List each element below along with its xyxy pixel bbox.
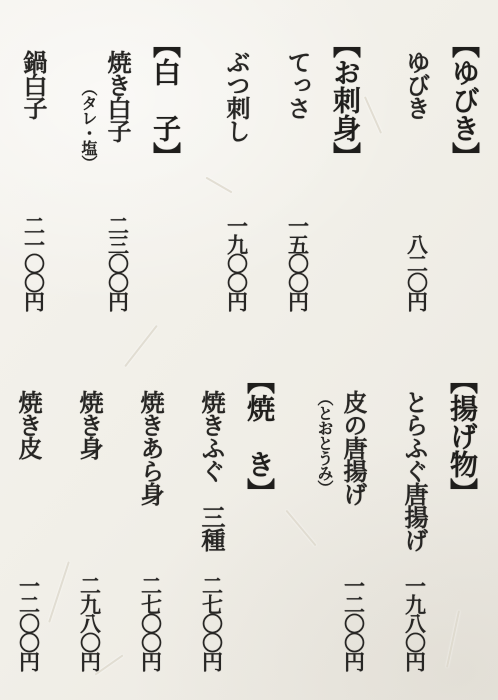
item-price: 二七〇〇円: [136, 575, 166, 672]
item-note: （とおとうみ）: [313, 364, 336, 672]
menu-item: 焼き身二九八〇円: [72, 364, 107, 672]
menu-item-main: ゆびき八二〇円: [399, 28, 434, 312]
menu-item-main: 焼き皮一二〇〇円: [11, 364, 46, 672]
menu-section: 【揚げ物】とらふぐ唐揚げ一九八〇円皮の唐揚げ一二〇〇円（とおとうみ）: [313, 364, 482, 672]
menu-item-main: とらふぐ唐揚げ一九八〇円: [397, 364, 432, 672]
section-header: 【ゆびき】: [444, 28, 484, 312]
section-header: 【白 子】: [145, 28, 185, 312]
section-header-text: 【焼 き】: [243, 366, 276, 506]
menu-item-main: てっさ一五〇〇円: [280, 28, 315, 312]
section-header: 【揚げ物】: [442, 364, 482, 672]
menu-item: ゆびき八二〇円: [399, 28, 434, 312]
menu-item: 焼きふぐ 三種二七〇〇円: [194, 364, 229, 672]
section-header: 【焼 き】: [239, 364, 279, 672]
paper-fiber: [124, 325, 158, 367]
menu-section: 【白 子】焼き白子二三〇〇円（タレ・塩）鍋白子二一〇〇円: [16, 28, 185, 312]
menu-item: 皮の唐揚げ一二〇〇円（とおとうみ）: [313, 364, 371, 672]
item-price: 一二〇〇円: [339, 575, 369, 672]
item-name: 皮の唐揚げ: [336, 390, 371, 505]
menu-item-main: 皮の唐揚げ一二〇〇円: [336, 364, 371, 672]
item-name: 焼きあら身: [133, 390, 168, 505]
item-price: 二三〇〇円: [103, 215, 133, 312]
menu-section: 【お刺身】てっさ一五〇〇円ぶつ刺し一九〇〇円: [219, 28, 365, 312]
section-header-text: 【お刺身】: [329, 30, 362, 170]
menu-item-main: 焼き身二九八〇円: [72, 364, 107, 672]
section-header: 【お刺身】: [325, 28, 365, 312]
menu-item: 鍋白子二一〇〇円: [16, 28, 51, 312]
menu-top-band: 【ゆびき】ゆびき八二〇円【お刺身】てっさ一五〇〇円ぶつ刺し一九〇〇円【白 子】焼…: [16, 28, 484, 312]
item-name: ぶつ刺し: [219, 50, 254, 142]
menu-item-main: 焼きふぐ 三種二七〇〇円: [194, 364, 229, 672]
menu-bottom-band: 【揚げ物】とらふぐ唐揚げ一九八〇円皮の唐揚げ一二〇〇円（とおとうみ）【焼 き】焼…: [11, 364, 482, 672]
item-name: ゆびき: [399, 50, 434, 119]
item-price: 一九〇〇円: [222, 215, 252, 312]
item-price: 一五〇〇円: [283, 215, 313, 312]
item-name: とらふぐ唐揚げ: [397, 390, 432, 551]
item-price: 一九八〇円: [400, 575, 430, 672]
menu-item: とらふぐ唐揚げ一九八〇円: [397, 364, 432, 672]
menu-item: 焼き白子二三〇〇円（タレ・塩）: [77, 28, 135, 312]
menu-item: てっさ一五〇〇円: [280, 28, 315, 312]
item-name: 鍋白子: [16, 50, 51, 119]
section-header-text: 【白 子】: [149, 30, 182, 170]
menu-item: 焼きあら身二七〇〇円: [133, 364, 168, 672]
menu-section: 【焼 き】焼きふぐ 三種二七〇〇円焼きあら身二七〇〇円焼き身二九八〇円焼き皮一二…: [11, 364, 279, 672]
item-price: 二七〇〇円: [197, 575, 227, 672]
section-header-text: 【揚げ物】: [446, 366, 479, 506]
menu-item: 焼き皮一二〇〇円: [11, 364, 46, 672]
menu-item-main: 焼きあら身二七〇〇円: [133, 364, 168, 672]
item-note: （タレ・塩）: [77, 28, 100, 312]
item-note-text: （タレ・塩）: [79, 80, 98, 170]
item-name: 焼き皮: [11, 390, 46, 459]
section-header-text: 【ゆびき】: [448, 30, 481, 170]
menu-item: ぶつ刺し一九〇〇円: [219, 28, 254, 312]
item-note-text: （とおとうみ）: [315, 390, 334, 495]
item-price: 二九八〇円: [75, 575, 105, 672]
item-name: 焼き白子: [100, 50, 135, 142]
fugu-menu-page: 【ゆびき】ゆびき八二〇円【お刺身】てっさ一五〇〇円ぶつ刺し一九〇〇円【白 子】焼…: [0, 0, 498, 700]
item-name: 焼き身: [72, 390, 107, 459]
item-price: 八二〇円: [402, 234, 432, 312]
menu-item-main: 焼き白子二三〇〇円: [100, 28, 135, 312]
menu-item-main: ぶつ刺し一九〇〇円: [219, 28, 254, 312]
item-name: 焼きふぐ 三種: [194, 390, 229, 551]
item-name: てっさ: [280, 50, 315, 119]
item-price: 一二〇〇円: [14, 575, 44, 672]
menu-item-main: 鍋白子二一〇〇円: [16, 28, 51, 312]
item-price: 二一〇〇円: [19, 215, 49, 312]
menu-section: 【ゆびき】ゆびき八二〇円: [399, 28, 484, 312]
